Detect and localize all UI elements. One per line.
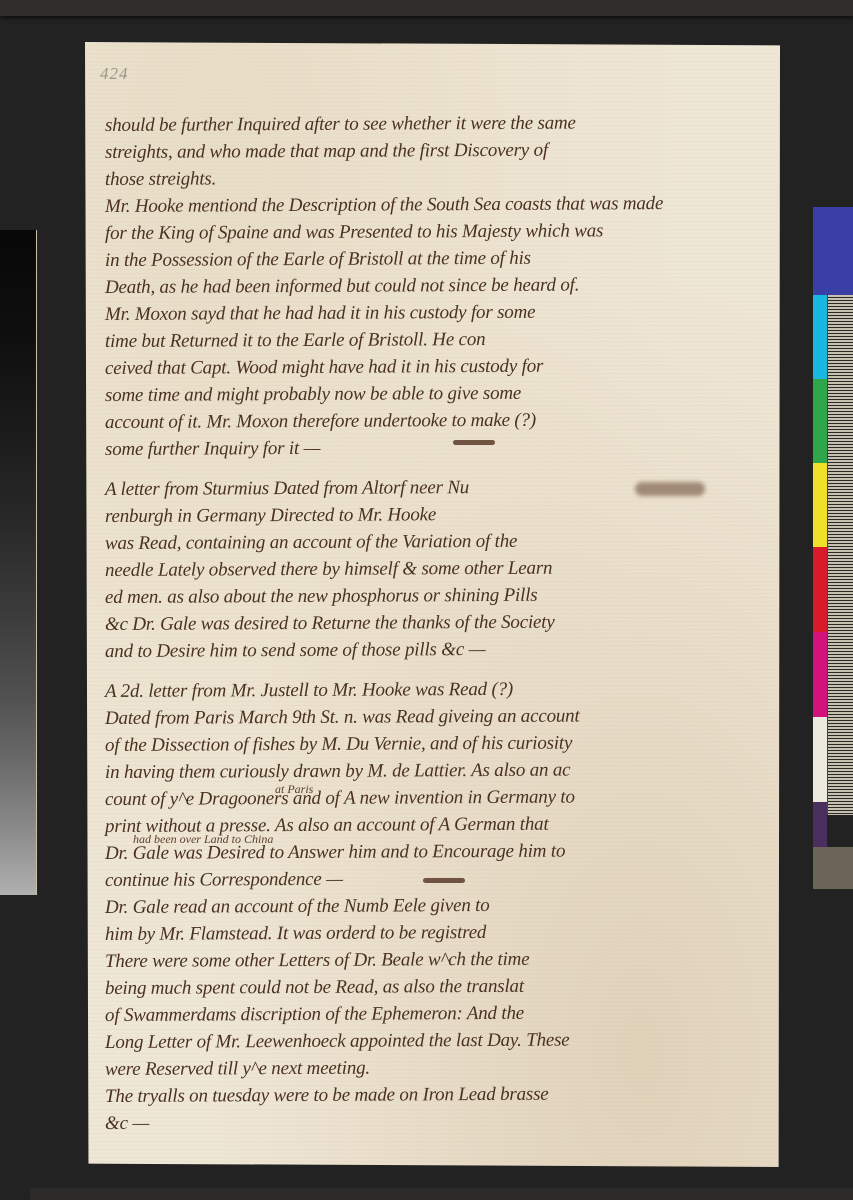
text-line: and to Desire him to send some of those … — [105, 635, 770, 678]
ink-dash — [423, 878, 465, 883]
interlinear-insertion: had been over Land to China — [133, 832, 273, 847]
text-line: Mr. Hooke mentiond the Description of th… — [105, 190, 770, 220]
text-line: renburgh in Germany Directed to Mr. Hook… — [105, 500, 770, 530]
swatch-red — [813, 547, 827, 632]
text-line: A 2d. letter from Mr. Justell to Mr. Hoo… — [105, 675, 770, 705]
text-line: Death, as he had been informed but could… — [105, 271, 770, 301]
text-line: There were some other Letters of Dr. Bea… — [105, 945, 770, 975]
greyscale-calibration-strip — [0, 230, 37, 895]
color-calibration-strip — [813, 207, 853, 889]
manuscript-page: 424 should be further Inquired after to … — [85, 42, 780, 1167]
text-line: for the King of Spaine and was Presented… — [105, 217, 770, 247]
swatch-cyan — [813, 295, 827, 379]
text-line: Dr. Gale read an account of the Numb Eel… — [105, 891, 770, 921]
text-line: Mr. Moxon sayd that he had had it in his… — [105, 298, 770, 328]
measurement-ruler — [827, 295, 853, 815]
folio-number: 424 — [100, 64, 129, 84]
text-line: The tryalls on tuesday were to be made o… — [105, 1080, 770, 1110]
text-line: of Swammerdams discription of the Epheme… — [105, 999, 770, 1029]
text-line: some further Inquiry for it — — [105, 433, 770, 476]
scan-bottom-board — [30, 1188, 853, 1200]
text-line: streights, and who made that map and the… — [105, 136, 770, 166]
swatch-purple — [813, 802, 827, 847]
text-line: some time and might probably now be able… — [105, 379, 770, 409]
text-line: those streights. — [105, 163, 770, 193]
text-line: being much spent could not be Read, as a… — [105, 972, 770, 1002]
swatch-yellow — [813, 463, 827, 547]
calibration-footer — [813, 847, 853, 889]
text-line: &c — — [105, 1107, 770, 1137]
text-line: ed men. as also about the new phosphorus… — [105, 581, 770, 611]
calibration-blue-header — [813, 207, 853, 295]
swatch-green — [813, 379, 827, 463]
interlinear-insertion: at Paris — [275, 782, 313, 797]
text-line: ceived that Capt. Wood might have had it… — [105, 352, 770, 382]
text-line: should be further Inquired after to see … — [105, 109, 770, 139]
text-line: in having them curiously drawn by M. de … — [105, 756, 770, 786]
text-line: him by Mr. Flamstead. It was orderd to b… — [105, 918, 770, 948]
ink-dash — [453, 440, 495, 445]
text-line: Dated from Paris March 9th St. n. was Re… — [105, 702, 770, 732]
swatch-magenta — [813, 632, 827, 717]
scan-top-board — [0, 0, 853, 16]
text-line: count of y^e Dragooners and of A new inv… — [105, 783, 770, 813]
text-line: account of it. Mr. Moxon therefore under… — [105, 406, 770, 436]
ink-smudge — [635, 482, 705, 496]
text-line: of the Dissection of fishes by M. Du Ver… — [105, 729, 770, 759]
text-line: in the Possession of the Earle of Bristo… — [105, 244, 770, 274]
swatch-white — [813, 717, 827, 802]
text-line: Long Letter of Mr. Leewenhoeck appointed… — [105, 1026, 770, 1056]
text-line: was Read, containing an account of the V… — [105, 527, 770, 557]
text-line: were Reserved till y^e next meeting. — [105, 1053, 770, 1083]
text-line: &c Dr. Gale was desired to Returne the t… — [105, 608, 770, 638]
text-line: time but Returned it to the Earle of Bri… — [105, 325, 770, 355]
text-line: needle Lately observed there by himself … — [105, 554, 770, 584]
manuscript-text: should be further Inquired after to see … — [105, 112, 770, 1137]
